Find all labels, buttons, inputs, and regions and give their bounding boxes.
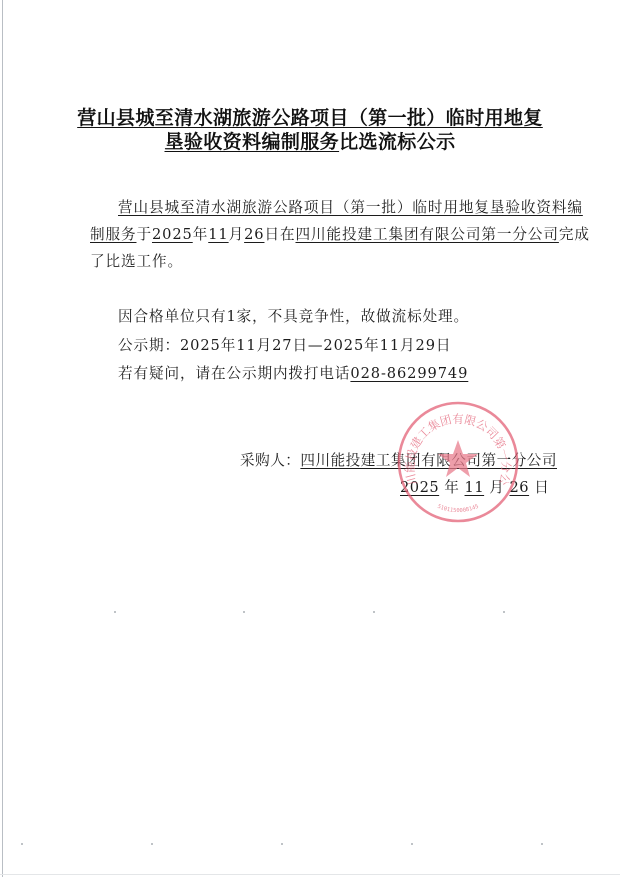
scan-speck xyxy=(281,843,283,845)
text-nian: 年 xyxy=(444,479,459,496)
paragraph-1-line-2: 制服务于2025年11月26日在四川能投建工集团有限公司第一分公司完成 xyxy=(90,225,590,245)
scan-speck xyxy=(243,611,245,613)
title-project-name: 营山县城至清水湖旅游公路项目（第一批）临时用地复 xyxy=(77,107,543,129)
text-nian: 年 xyxy=(193,226,209,243)
selection-day: 26 xyxy=(244,226,264,243)
scan-bottom-edge xyxy=(0,874,620,875)
failure-reason: 因合格单位只有1家，不具竞争性，故做流标处理。 xyxy=(118,307,469,327)
scan-speck xyxy=(541,843,543,845)
scan-speck xyxy=(503,611,505,613)
project-name-cont: 制服务 xyxy=(90,226,136,243)
text-ri-zai: 日在 xyxy=(264,226,295,243)
selection-month: 11 xyxy=(208,226,228,243)
selection-year: 2025 xyxy=(152,226,193,243)
purchaser-label: 采购人： xyxy=(240,452,300,469)
text-ri: 日 xyxy=(534,479,549,496)
purchaser-line: 采购人：四川能投建工集团有限公司第一分公司 xyxy=(240,451,557,471)
selection-location-company: 四川能投建工集团有限公司第一分公司 xyxy=(295,226,558,243)
inquiry-line: 若有疑问，请在公示期内拨打电话028-86299749 xyxy=(118,364,468,384)
scan-speck xyxy=(21,843,23,845)
paragraph-1-line-1: 营山县城至清水湖旅游公路项目（第一批）临时用地复垦验收资料编 xyxy=(118,198,583,218)
inquiry-text: 若有疑问，请在公示期内拨打电话 xyxy=(118,365,350,382)
title-project-name-cont: 垦验收资料编制服务 xyxy=(164,131,339,153)
sign-month: 11 xyxy=(465,479,485,496)
text-wancheng: 完成 xyxy=(559,226,590,243)
text-yue: 月 xyxy=(489,479,504,496)
document-title-line-1: 营山县城至清水湖旅游公路项目（第一批）临时用地复 xyxy=(0,106,620,130)
title-suffix: 比选流标公示 xyxy=(339,131,455,153)
scan-speck xyxy=(373,611,375,613)
scan-speck xyxy=(151,843,153,845)
text-yu: 于 xyxy=(136,226,152,243)
seal-text: 四川能投建工集团有限公司第一分公司 xyxy=(396,400,513,487)
seal-code: 5101150008145 xyxy=(436,504,479,514)
paragraph-1-line-3: 了比选工作。 xyxy=(90,252,183,272)
document-title-line-2: 垦验收资料编制服务比选流标公示 xyxy=(0,130,620,154)
publicity-period: 公示期：2025年11月27日—2025年11月29日 xyxy=(118,336,451,356)
project-name: 营山县城至清水湖旅游公路项目（第一批）临时用地复垦验收资料编 xyxy=(118,199,583,216)
contact-phone: 028-86299749 xyxy=(350,365,468,382)
scan-speck xyxy=(114,611,116,613)
sign-year: 2025 xyxy=(400,479,439,496)
scan-speck xyxy=(411,843,413,845)
sign-day: 26 xyxy=(510,479,530,496)
sign-date: 2025 年 11 月 26 日 xyxy=(400,478,549,498)
text-yue: 月 xyxy=(229,226,245,243)
purchaser-name: 四川能投建工集团有限公司第一分公司 xyxy=(300,452,557,469)
